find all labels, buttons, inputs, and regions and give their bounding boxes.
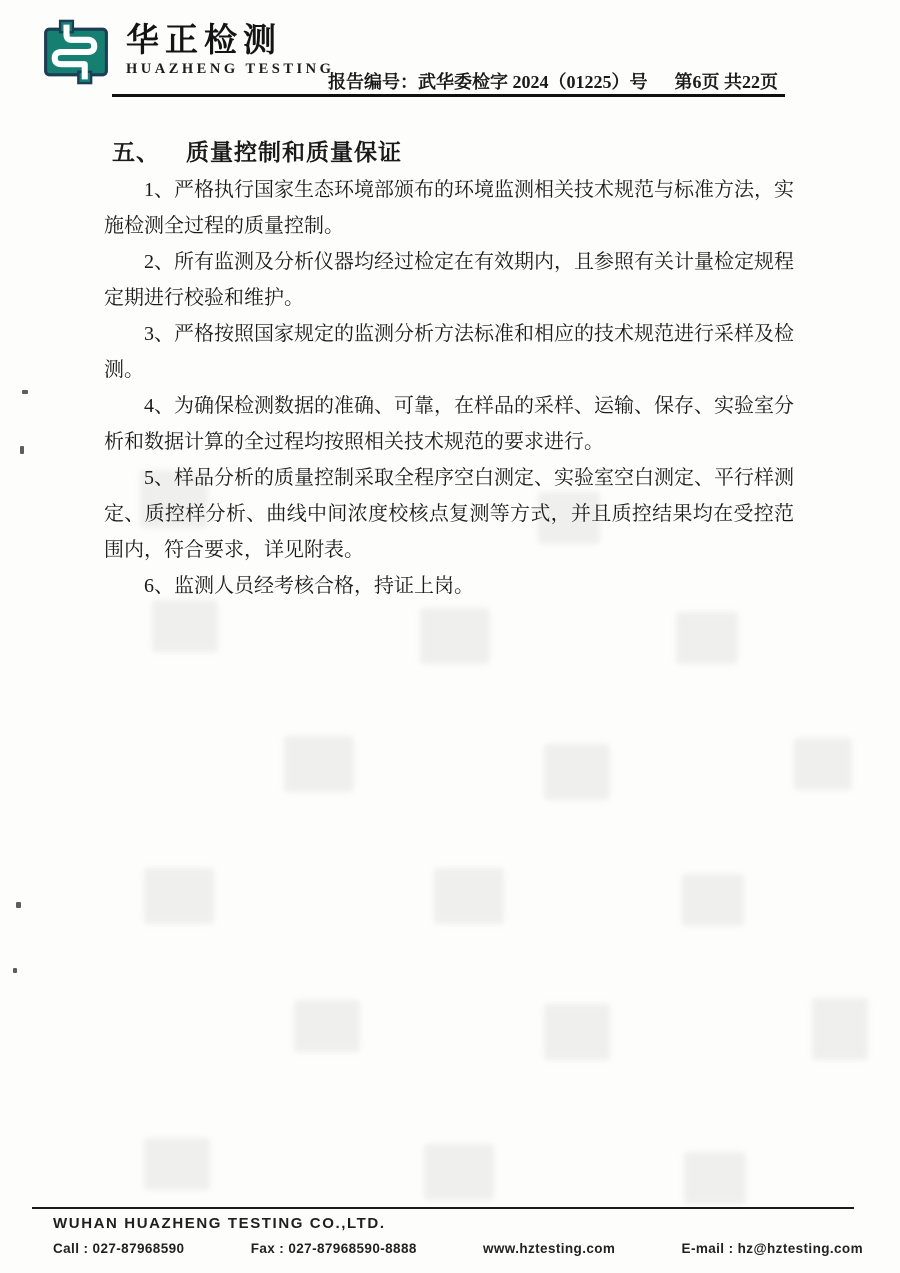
- footer-contacts: Call : 027-87968590 Fax : 027-87968590-8…: [53, 1241, 863, 1256]
- footer-fax: Fax : 027-87968590-8888: [251, 1241, 417, 1256]
- section-body: 1、严格执行国家生态环境部颁布的环境监测相关技术规范与标准方法，实施检测全过程的…: [104, 172, 794, 604]
- footer-company-name: WUHAN HUAZHENG TESTING CO.,LTD.: [53, 1215, 386, 1232]
- section-number: 五、: [112, 140, 160, 165]
- footer-divider: [32, 1207, 854, 1209]
- logo-en-text: HUAZHENG TESTING: [126, 61, 334, 78]
- header-divider: [112, 94, 785, 97]
- section-title-text: 质量控制和质量保证: [186, 140, 402, 165]
- section-title: 五、质量控制和质量保证: [112, 134, 402, 167]
- footer-email: E-mail : hz@hztesting.com: [682, 1241, 863, 1256]
- paragraph-4: 4、为确保检测数据的准确、可靠，在样品的采样、运输、保存、实验室分析和数据计算的…: [104, 388, 794, 460]
- logo-text: 华正检测 HUAZHENG TESTING: [126, 12, 334, 78]
- company-logo: 华正检测 HUAZHENG TESTING: [38, 12, 334, 92]
- paragraph-3: 3、严格按照国家规定的监测分析方法标准和相应的技术规范进行采样及检测。: [104, 316, 794, 388]
- scanned-report-page: 华正检测 HUAZHENG TESTING 报告编号：武华委检字 2024（01…: [0, 0, 900, 1273]
- footer-phone: Call : 027-87968590: [53, 1241, 184, 1256]
- logo-cn-text: 华正检测: [126, 22, 334, 58]
- huazheng-logo-icon: [38, 12, 114, 92]
- page-indicator: 第6页 共22页: [675, 68, 779, 94]
- paragraph-5: 5、样品分析的质量控制采取全程序空白测定、实验室空白测定、平行样测定、质控样分析…: [104, 460, 794, 568]
- paragraph-1: 1、严格执行国家生态环境部颁布的环境监测相关技术规范与标准方法，实施检测全过程的…: [104, 172, 794, 244]
- paragraph-6: 6、监测人员经考核合格，持证上岗。: [104, 568, 794, 604]
- footer-website: www.hztesting.com: [483, 1241, 615, 1256]
- paragraph-2: 2、所有监测及分析仪器均经过检定在有效期内，且参照有关计量检定规程定期进行校验和…: [104, 244, 794, 316]
- report-number: 报告编号：武华委检字 2024（01225）号: [328, 68, 648, 94]
